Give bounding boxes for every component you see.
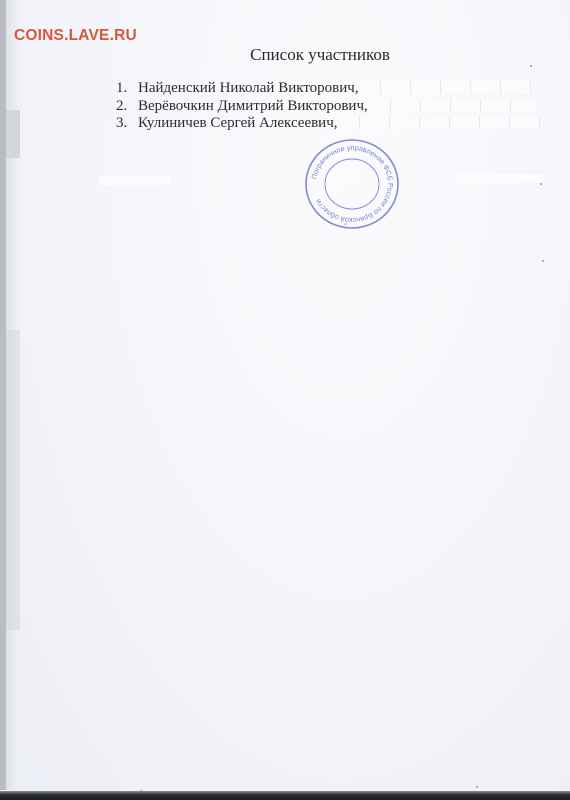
item-number: 2.	[116, 98, 138, 116]
redacted-region	[372, 99, 537, 112]
scanner-bottom-edge	[0, 791, 570, 800]
participant-name: Верёвочкин Димитрий Викторович,	[138, 98, 368, 114]
scanned-page: COINS.LAVE.RU Список участников 1.Найден…	[0, 0, 570, 800]
redacted-signature-right	[455, 174, 545, 183]
redacted-signature-left	[98, 176, 170, 185]
svg-text:*: *	[344, 223, 347, 229]
participants-list: 1.Найденский Николай Викторович, 2.Верёв…	[116, 80, 541, 133]
item-number: 1.	[116, 80, 138, 98]
svg-text:· · · ·: · · · ·	[337, 186, 350, 196]
svg-text:· · ·: · · ·	[333, 178, 343, 187]
participant-name: Кулиничев Сергей Алексеевич,	[138, 115, 338, 131]
redacted-region	[341, 116, 541, 129]
svg-text:Пограничное управление ФСБ Рос: Пограничное управление ФСБ России по Бря…	[309, 143, 395, 225]
item-number: 3.	[116, 115, 138, 133]
redacted-region	[362, 81, 532, 94]
document-title: Список участников	[0, 45, 570, 65]
official-stamp-icon: Пограничное управление ФСБ России по Бря…	[296, 136, 408, 232]
participant-name: Найденский Николай Викторович,	[138, 80, 359, 96]
list-item: 1.Найденский Николай Викторович,	[116, 80, 541, 98]
scan-left-shadow	[6, 0, 22, 790]
list-item: 3.Кулиничев Сергей Алексеевич,	[116, 115, 541, 133]
site-watermark: COINS.LAVE.RU	[14, 27, 137, 45]
list-item: 2.Верёвочкин Димитрий Викторович,	[116, 98, 541, 116]
